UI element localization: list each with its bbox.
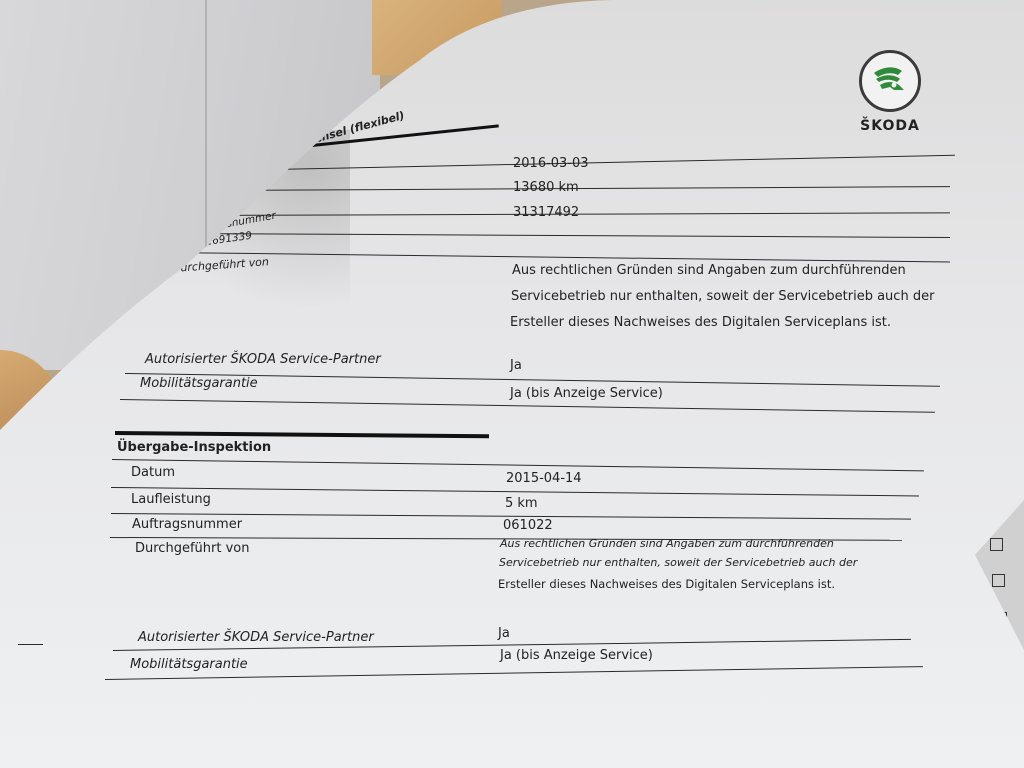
label-service-partner: Autorisierter ŠKODA Service-Partner bbox=[138, 630, 374, 645]
row-divider bbox=[112, 459, 924, 471]
value-date: 2015-04-14 bbox=[506, 471, 582, 486]
value-service-partner: Ja bbox=[510, 358, 522, 373]
value-service-partner: Ja bbox=[498, 626, 510, 641]
skoda-logo-icon bbox=[859, 50, 921, 112]
value-mobility-guarantee: Ja (bis Anzeige Service) bbox=[500, 648, 653, 663]
performed-by-line: Aus rechtlichen Gründen sind Angaben zum… bbox=[500, 534, 834, 554]
row-divider bbox=[225, 155, 955, 171]
label-mobility-guarantee: Mobilitätsgarantie bbox=[130, 657, 248, 672]
row-divider bbox=[180, 233, 950, 238]
label-date: Datum bbox=[131, 465, 175, 480]
margin-mark bbox=[18, 644, 43, 645]
value-order-number: 31317492 bbox=[513, 205, 579, 220]
section-heading: Übergabe-Inspektion bbox=[117, 440, 271, 455]
value-mobility-guarantee: Ja (bis Anzeige Service) bbox=[510, 386, 663, 401]
checkbox-icon bbox=[990, 538, 1003, 551]
value-order-number: 061022 bbox=[503, 518, 553, 533]
value-mileage: 13680 km bbox=[513, 180, 579, 195]
brand-name: ŠKODA bbox=[852, 118, 928, 134]
performed-by-line: Ersteller dieses Nachweises des Digitale… bbox=[498, 571, 835, 597]
checkbox-icon bbox=[992, 574, 1005, 587]
label-performed-by: Durchgeführt von bbox=[135, 541, 249, 556]
value-date: 2016-03-03 bbox=[513, 156, 589, 171]
section-heading-rule bbox=[115, 431, 489, 438]
label-order-number: Auftragsnummer bbox=[132, 517, 242, 532]
performed-by-line: Aus rechtlichen Gründen sind Angaben zum… bbox=[512, 258, 906, 284]
performed-by-line: Ersteller dieses Nachweises des Digitale… bbox=[510, 310, 891, 336]
performed-by-line: Servicebetrieb nur enthalten, soweit der… bbox=[511, 284, 934, 310]
skoda-logo: ŠKODA bbox=[852, 50, 928, 134]
label-mileage: Laufleistung bbox=[131, 492, 211, 507]
row-divider bbox=[120, 399, 935, 413]
label-service-partner: Autorisierter ŠKODA Service-Partner bbox=[145, 352, 381, 367]
value-mileage: 5 km bbox=[505, 496, 538, 511]
performed-by-line: Servicebetrieb nur enthalten, soweit der… bbox=[499, 553, 857, 573]
label-mobility-guarantee: Mobilitätsgarantie bbox=[140, 376, 258, 391]
